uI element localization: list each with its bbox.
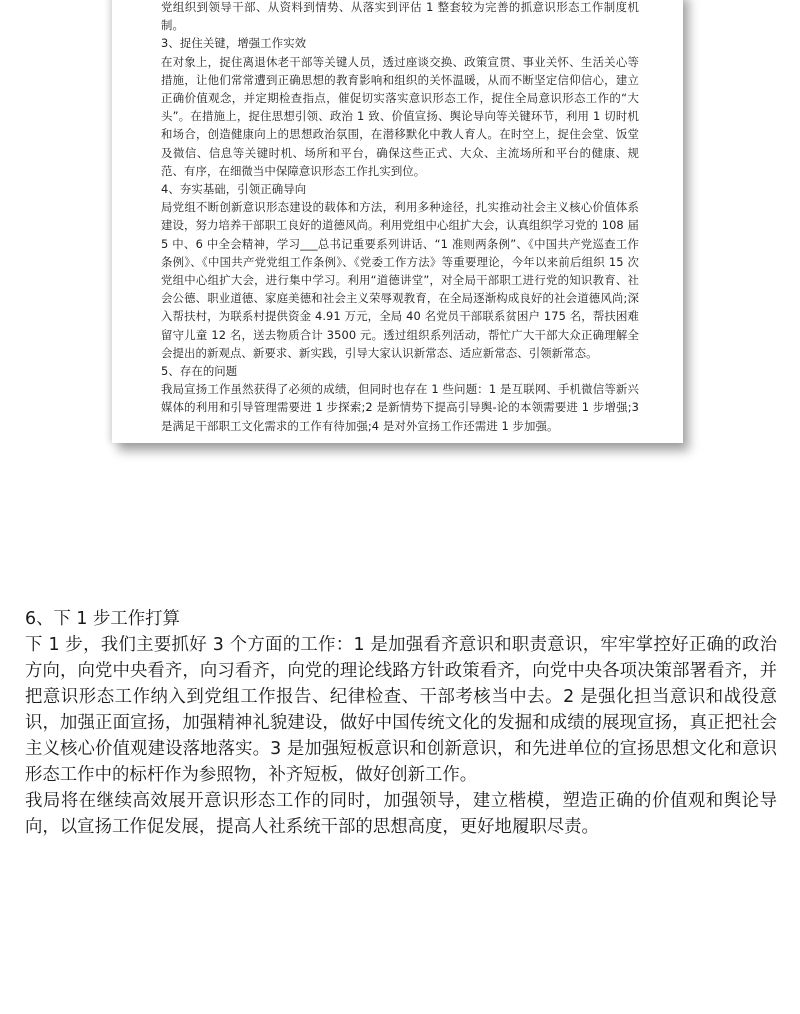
document-page-preview: 党组织到领导干部、从资料到情势、从落实到评估 1 整套较为完善的抓意识形态工作制…	[112, 0, 683, 443]
section-heading-5: 5、存在的问题	[161, 362, 639, 380]
section-heading-4: 4、夯实基础，引领正确导向	[161, 180, 639, 198]
paragraph-tail: 党组织到领导干部、从资料到情势、从落实到评估 1 整套较为完善的抓意识形态工作制…	[161, 0, 639, 34]
section-heading-6: 6、下 1 步工作打算	[25, 606, 777, 632]
paragraph-section-3: 在对象上，捉住离退休老干部等关键人员，透过座谈交换、政策宣贯、事业关怀、生活关心…	[161, 53, 639, 180]
lower-text-section: 6、下 1 步工作打算 下 1 步，我们主要抓好 3 个方面的工作：1 是加强看…	[25, 606, 777, 840]
paragraph-section-4: 局党组不断创新意识形态建设的载体和方法，利用多种途径，扎实推动社会主义核心价值体…	[161, 198, 639, 362]
section-heading-3: 3、捉住关键，增强工作实效	[161, 34, 639, 52]
paragraph-closing: 我局将在继续高效展开意识形态工作的同时，加强领导，建立楷模，塑造正确的价值观和舆…	[25, 788, 777, 840]
paragraph-section-5: 我局宣扬工作虽然获得了必须的成绩，但同时也存在 1 些问题：1 是互联网、手机微…	[161, 380, 639, 435]
page-body: 党组织到领导干部、从资料到情势、从落实到评估 1 整套较为完善的抓意识形态工作制…	[161, 0, 639, 435]
paragraph-section-6: 下 1 步，我们主要抓好 3 个方面的工作：1 是加强看齐意识和职责意识，牢牢掌…	[25, 632, 777, 788]
